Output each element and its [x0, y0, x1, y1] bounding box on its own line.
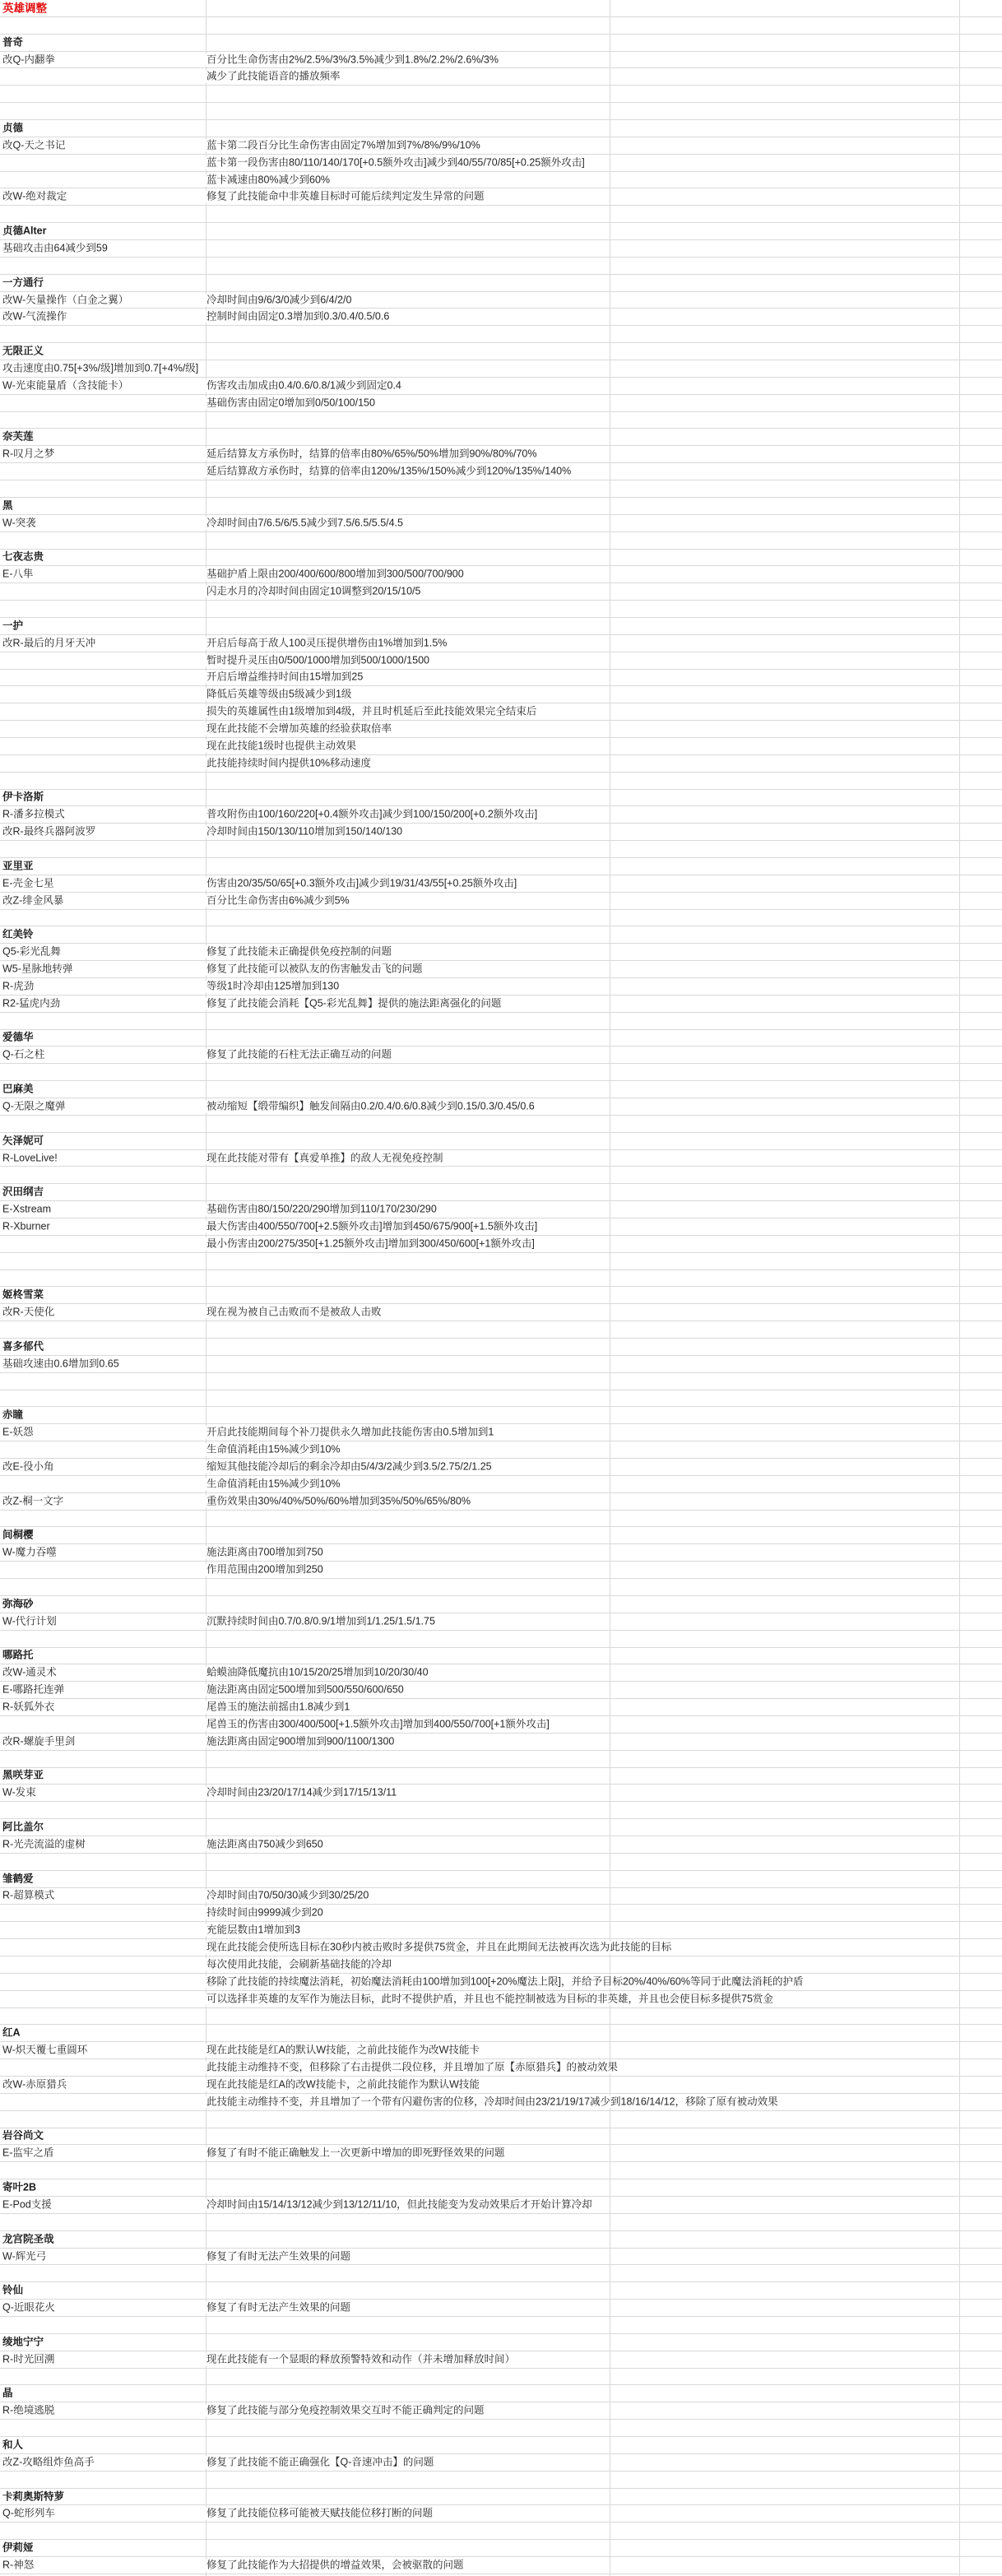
- table-row: W-代行计划沉默持续时间由0.7/0.8/0.9/1增加到1/1.25/1.5/…: [0, 1613, 1002, 1631]
- hero-name: 姬柊雪菜: [1, 1289, 46, 1302]
- hero-header-row: 哪路托: [0, 1648, 1002, 1665]
- hero-name: 普奇: [1, 36, 26, 49]
- hero-header-row: 雏鹤爱: [0, 1871, 1002, 1888]
- hero-name: 喜多郁代: [1, 1340, 46, 1353]
- skill-name: 改Z-攻略组炸鱼高手: [1, 2456, 97, 2468]
- table-row: 此技能持续时间内提供10%移动速度: [0, 755, 1002, 773]
- table-row: 充能层数由1增加到3: [0, 1922, 1002, 1939]
- change-description: 最小伤害由200/275/350[+1.25额外攻击]增加到300/450/60…: [205, 1237, 537, 1250]
- skill-name: Q-蛇形列车: [1, 2508, 58, 2520]
- table-row: W-炽天覆七重圆环现在此技能是红A的默认W技能，之前此技能作为改W技能卡: [0, 2042, 1002, 2059]
- hero-name: 间桐樱: [1, 1529, 36, 1542]
- table-row: 现在此技能会使所选目标在30秒内被击败时多提供75赏金，并且在此期间无法被再次选…: [0, 1939, 1002, 1956]
- change-description: 现在此技能是红A的默认W技能，之前此技能作为改W技能卡: [205, 2045, 482, 2057]
- skill-name: Q-无限之魔弹: [1, 1100, 67, 1112]
- hero-name: 黑咲芽亚: [1, 1770, 46, 1782]
- change-description: 现在此技能对带有【真爱单推】的敌人无视免疫控制: [205, 1152, 446, 1164]
- hero-header-row: 贞德Alter: [0, 223, 1002, 240]
- skill-name: 改W-绝对裁定: [1, 191, 69, 203]
- hero-header-row: 间桐樱: [0, 1527, 1002, 1544]
- skill-name: R-神怒: [1, 2559, 36, 2571]
- change-description: 沉默持续时间由0.7/0.8/0.9/1增加到1/1.25/1.5/1.75: [205, 1615, 438, 1627]
- change-description: 延后结算敌方承伤时，结算的倍率由120%/135%/150%减少到120%/13…: [205, 466, 573, 478]
- base-stat-change: 基础攻速由0.6增加到0.65: [1, 1358, 122, 1370]
- skill-name: R-叹月之梦: [1, 448, 57, 461]
- hero-name: 红A: [1, 2027, 23, 2040]
- change-description: 被动缩短【缎带编织】触发间隔由0.2/0.4/0.6/0.8减少到0.15/0.…: [205, 1100, 537, 1112]
- table-row: 减少了此技能语音的播放频率: [0, 68, 1002, 86]
- table-row: 改Z-攻略组炸鱼高手修复了此技能不能正确强化【Q-音速冲击】的问题: [0, 2454, 1002, 2472]
- change-description: 基础护盾上限由200/400/600/800增加到300/500/700/900: [205, 569, 466, 581]
- hero-header-row: 和人: [0, 2437, 1002, 2454]
- hero-header-row: 普奇: [0, 35, 1002, 52]
- change-description: 冷却时间由70/50/30减少到30/25/20: [205, 1890, 371, 1902]
- change-description: 闪走水月的冷却时间由固定10调整到20/15/10/5: [205, 586, 424, 598]
- hero-name: 和人: [1, 2439, 26, 2451]
- empty-row: [0, 1167, 1002, 1184]
- skill-name: W-炽天覆七重圆环: [1, 2045, 90, 2057]
- hero-name: 亚里亚: [1, 860, 36, 872]
- empty-row: [0, 773, 1002, 790]
- hero-name: 卡莉奥斯特萝: [1, 2490, 67, 2503]
- hero-header-row: 无限正义: [0, 343, 1002, 360]
- hero-name: 奈芙莲: [1, 431, 36, 443]
- hero-name: 寄叶2B: [1, 2182, 39, 2194]
- empty-row: [0, 1511, 1002, 1528]
- change-description: 此技能主动维持不变，并且增加了一个带有闪避伤害的位移，冷却时间由23/21/19…: [205, 2096, 781, 2108]
- hero-name: 弥海砂: [1, 1598, 36, 1610]
- empty-row: [0, 1373, 1002, 1390]
- empty-row: [0, 2214, 1002, 2231]
- change-description: 持续时间由9999减少到20: [205, 1907, 326, 1919]
- skill-name: W-辉光弓: [1, 2250, 49, 2263]
- hero-header-row: 赤瞳: [0, 1407, 1002, 1424]
- change-description: 修复了有时不能正确触发上一次更新中增加的即死野怪效果的问题: [205, 2147, 508, 2160]
- hero-header-row: 七夜志贵: [0, 550, 1002, 567]
- table-row: R-光壳流溢的虚树施法距离由750减少到650: [0, 1836, 1002, 1854]
- change-description: 现在此技能有一个显眼的释放预警特效和动作（并未增加释放时间）: [205, 2353, 517, 2365]
- change-description: 此技能持续时间内提供10%移动速度: [205, 757, 373, 769]
- change-description: 修复了此技能不能正确强化【Q-音速冲击】的问题: [205, 2456, 436, 2468]
- skill-name: E-监牢之盾: [1, 2147, 57, 2160]
- change-description: 施法距离由700增加到750: [205, 1547, 326, 1559]
- skill-name: W-突袭: [1, 517, 39, 529]
- skill-name: 改R-最后的月牙天冲: [1, 637, 98, 649]
- table-row: 闪走水月的冷却时间由固定10调整到20/15/10/5: [0, 583, 1002, 601]
- hero-name: 绫地宁宁: [1, 2336, 46, 2348]
- table-row: 基础攻击由64减少到59: [0, 240, 1002, 258]
- table-row: 作用范围由200增加到250: [0, 1562, 1002, 1579]
- change-description: 延后结算友方承伤时，结算的倍率由80%/65%/50%增加到90%/80%/70…: [205, 448, 540, 461]
- skill-name: 改R-螺旋手里剑: [1, 1735, 77, 1748]
- change-description: 施法距离由750减少到650: [205, 1838, 326, 1850]
- table-row: 改R-最后的月牙天冲开启后每高于敌人100灵压提供增伤由1%增加到1.5%: [0, 635, 1002, 652]
- hero-name: 巴麻美: [1, 1084, 36, 1096]
- skill-name: R-Xburner: [1, 1220, 53, 1232]
- change-description: 最大伤害由400/550/700[+2.5额外攻击]增加到450/675/900…: [205, 1220, 540, 1232]
- skill-name: R2-猛虎内劲: [1, 997, 63, 1010]
- sheet-rows: 英雄调整普奇改Q-内翻拳百分比生命伤害由2%/2.5%/3%/3.5%减少到1.…: [0, 0, 1002, 2576]
- change-description: 修复了此技能位移可能被天赋技能位移打断的问题: [205, 2508, 435, 2520]
- empty-row: [0, 86, 1002, 103]
- base-stat-change: 攻击速度由0.75[+3%/级]增加到0.7[+4%/级]: [1, 362, 201, 374]
- table-row: 每次使用此技能，会刷新基础技能的冷却: [0, 1956, 1002, 1974]
- empty-row: [0, 532, 1002, 550]
- empty-row: [0, 2111, 1002, 2128]
- hero-header-row: 沢田纲吉: [0, 1184, 1002, 1201]
- hero-header-row: 一护: [0, 618, 1002, 635]
- change-description: 现在此技能1级时也提供主动效果: [205, 740, 359, 752]
- table-row: Q-近眼花火修复了有时无法产生效果的问题: [0, 2300, 1002, 2317]
- hero-name: 雏鹤爱: [1, 1873, 36, 1885]
- change-description: 控制时间由固定0.3增加到0.3/0.4/0.5/0.6: [205, 311, 392, 323]
- change-description: 冷却时间由15/14/13/12减少到13/12/11/10，但此技能变为发动效…: [205, 2198, 595, 2211]
- hero-name: 七夜志贵: [1, 551, 46, 564]
- skill-name: E-八隼: [1, 569, 36, 581]
- hero-header-row: 龙宫院圣哉: [0, 2231, 1002, 2249]
- change-description: 开启后增益维持时间由15增加到25: [205, 671, 365, 684]
- hero-name: 阿比盖尔: [1, 1822, 46, 1834]
- change-description: 现在此技能是红A的改W技能卡，之前此技能作为默认W技能: [205, 2078, 482, 2091]
- table-row: Q-无限之魔弹被动缩短【缎带编织】触发间隔由0.2/0.4/0.6/0.8减少到…: [0, 1098, 1002, 1116]
- skill-name: R-绝境逃脱: [1, 2405, 57, 2417]
- skill-name: 改Q-内翻拳: [1, 53, 58, 66]
- hero-header-row: 喜多郁代: [0, 1339, 1002, 1356]
- change-description: 修复了此技能可以被队友的伤害触发击飞的问题: [205, 963, 425, 976]
- change-description: 等级1时冷却由125增加到130: [205, 980, 341, 992]
- change-description: 冷却时间由9/6/3/0减少到6/4/2/0: [205, 294, 354, 306]
- hero-name: 红美铃: [1, 929, 36, 941]
- table-row: Q-石之柱修复了此技能的石柱无法正确互动的问题: [0, 1047, 1002, 1064]
- skill-name: R-时光回溯: [1, 2353, 57, 2365]
- skill-name: R-妖狐外衣: [1, 1701, 57, 1714]
- table-row: 现在此技能不会增加英雄的经验获取倍率: [0, 721, 1002, 738]
- change-description: 基础伤害由80/150/220/290增加到110/170/230/290: [205, 1204, 439, 1216]
- skill-name: 改W-赤原猎兵: [1, 2078, 69, 2091]
- skill-name: Q-石之柱: [1, 1049, 47, 1061]
- table-row: 改Q-天之书记蓝卡第二段百分比生命伤害由固定7%增加到7%/8%/9%/10%: [0, 137, 1002, 155]
- empty-row: [0, 103, 1002, 120]
- hero-header-row: 矢泽妮可: [0, 1133, 1002, 1150]
- table-row: 改R-螺旋手里剑施法距离由固定900增加到900/1100/1300: [0, 1734, 1002, 1751]
- empty-row: [0, 2317, 1002, 2334]
- hero-name: 一方通行: [1, 276, 46, 289]
- hero-header-row: 弥海砂: [0, 1596, 1002, 1613]
- empty-row: [0, 1253, 1002, 1270]
- change-description: 移除了此技能的持续魔法消耗，初始魔法消耗由100增加到100[+20%魔法上限]…: [205, 1975, 805, 1988]
- change-description: 降低后英雄等级由5级减少到1级: [205, 689, 354, 701]
- change-description: 生命值消耗由15%减少到10%: [205, 1444, 343, 1456]
- change-description: 修复了此技能会消耗【Q5-彩光乱舞】提供的施法距离强化的问题: [205, 997, 503, 1010]
- change-description: 开启后每高于敌人100灵压提供增伤由1%增加到1.5%: [205, 637, 449, 649]
- empty-row: [0, 1579, 1002, 1596]
- skill-name: R-虎劲: [1, 980, 36, 992]
- hero-header-row: 寄叶2B: [0, 2179, 1002, 2197]
- table-row: 基础伤害由固定0增加到0/50/100/150: [0, 395, 1002, 412]
- change-description: 尾兽玉的施法前摇由1.8减少到1: [205, 1701, 352, 1714]
- hero-header-row: 晶: [0, 2385, 1002, 2402]
- table-row: 此技能主动维持不变，并且增加了一个带有闪避伤害的位移，冷却时间由23/21/19…: [0, 2094, 1002, 2111]
- table-row: W-魔力吞噬施法距离由700增加到750: [0, 1544, 1002, 1562]
- skill-name: W-光束能量盾（含技能卡）: [1, 379, 131, 392]
- skill-name: 改R-天使化: [1, 1307, 57, 1319]
- change-description: 蓝卡减速由80%减少到60%: [205, 174, 332, 186]
- empty-row: [0, 601, 1002, 618]
- hero-name: 贞德: [1, 122, 26, 134]
- table-row: R-神怒修复了此技能作为大招提供的增益效果，会被驱散的问题: [0, 2557, 1002, 2574]
- hero-name: 龙宫院圣哉: [1, 2233, 57, 2245]
- table-row: W5-星脉地转弹修复了此技能可以被队友的伤害触发击飞的问题: [0, 961, 1002, 978]
- table-row: R-LoveLive!现在此技能对带有【真爱单推】的敌人无视免疫控制: [0, 1150, 1002, 1167]
- table-row: E-监牢之盾修复了有时不能正确触发上一次更新中增加的即死野怪效果的问题: [0, 2145, 1002, 2162]
- hero-name: 岩谷尚文: [1, 2130, 46, 2142]
- empty-row: [0, 1270, 1002, 1288]
- table-row: 蓝卡第一段伤害由80/110/140/170[+0.5额外攻击]减少到40/55…: [0, 155, 1002, 172]
- change-description: 蓝卡第二段百分比生命伤害由固定7%增加到7%/8%/9%/10%: [205, 139, 483, 151]
- change-description: 现在视为被自己击败而不是被敌人击败: [205, 1307, 384, 1319]
- table-row: R-虎劲等级1时冷却由125增加到130: [0, 978, 1002, 996]
- hero-header-row: 巴麻美: [0, 1081, 1002, 1098]
- hero-name: 晶: [1, 2388, 16, 2400]
- change-description: 蛤蟆油降低魔抗由10/15/20/25增加到10/20/30/40: [205, 1667, 431, 1679]
- change-description: 伤害攻击加成由0.4/0.6/0.8/1减少到固定0.4: [205, 379, 404, 392]
- skill-name: W-代行计划: [1, 1615, 59, 1627]
- hero-name: 铃仙: [1, 2285, 26, 2297]
- empty-row: [0, 258, 1002, 275]
- change-description: 普攻附伤由100/160/220[+0.4额外攻击]减少到100/150/200…: [205, 809, 540, 821]
- hero-name: 伊卡洛斯: [1, 791, 46, 804]
- skill-name: 改W-矢量操作（白金之翼）: [1, 294, 131, 306]
- hero-name: 哪路托: [1, 1650, 36, 1662]
- table-row: 改Z-绯金风暴百分比生命伤害由6%减少到5%: [0, 893, 1002, 910]
- change-description: 修复了有时无法产生效果的问题: [205, 2302, 353, 2314]
- skill-name: Q5-彩光乱舞: [1, 946, 63, 958]
- table-row: 尾兽玉的伤害由300/400/500[+1.5额外攻击]增加到400/550/7…: [0, 1716, 1002, 1734]
- hero-name: 沢田纲吉: [1, 1186, 46, 1199]
- change-description: 生命值消耗由15%减少到10%: [205, 1478, 343, 1490]
- change-description: 损失的英雄属性由1级增加到4级，并且时机延后至此技能效果完全结束后: [205, 706, 539, 718]
- empty-row: [0, 1854, 1002, 1871]
- skill-name: R-LoveLive!: [1, 1152, 60, 1164]
- table-row: E-Xstream基础伤害由80/150/220/290增加到110/170/2…: [0, 1201, 1002, 1218]
- change-description: 冷却时间由150/130/110增加到150/140/130: [205, 826, 405, 838]
- table-row: 改E-役小角缩短其他技能冷却后的剩余冷却由5/4/3/2减少到3.5/2.75/…: [0, 1459, 1002, 1476]
- change-description: 暂时提升灵压由0/500/1000增加到500/1000/1500: [205, 654, 432, 666]
- change-description: 冷却时间由7/6.5/6/5.5减少到7.5/6.5/5.5/4.5: [205, 517, 406, 529]
- table-row: 可以选择非英雄的友军作为施法目标，此时不提供护盾，并且也不能控制被选为目标的非英…: [0, 1991, 1002, 2008]
- empty-row: [0, 2008, 1002, 2026]
- empty-row: [0, 1751, 1002, 1768]
- change-description: 现在此技能不会增加英雄的经验获取倍率: [205, 723, 394, 736]
- hero-header-row: 卡莉奥斯特萝: [0, 2489, 1002, 2506]
- table-row: 现在此技能1级时也提供主动效果: [0, 738, 1002, 755]
- table-row: 改Z-桐一文字重伤效果由30%/40%/50%/60%增加到35%/50%/65…: [0, 1493, 1002, 1511]
- hero-name: 爱德华: [1, 1032, 36, 1044]
- hero-header-row: 铃仙: [0, 2282, 1002, 2300]
- empty-row: [0, 1064, 1002, 1081]
- skill-name: 改R-最终兵器阿波罗: [1, 826, 98, 838]
- change-description: 现在此技能会使所选目标在30秒内被击败时多提供75赏金，并且在此期间无法被再次选…: [205, 1942, 674, 1954]
- empty-row: [0, 2420, 1002, 2437]
- hero-name: 伊莉娅: [1, 2542, 36, 2555]
- base-stat-change: 基础攻击由64减少到59: [1, 242, 110, 254]
- change-description: 每次使用此技能，会刷新基础技能的冷却: [205, 1958, 394, 1970]
- skill-name: 改Z-桐一文字: [1, 1495, 66, 1507]
- table-row: R-叹月之梦延后结算友方承伤时，结算的倍率由80%/65%/50%增加到90%/…: [0, 446, 1002, 463]
- empty-row: [0, 2472, 1002, 2489]
- change-description: 重伤效果由30%/40%/50%/60%增加到35%/50%/65%/80%: [205, 1495, 473, 1507]
- table-row: W-辉光弓修复了有时无法产生效果的问题: [0, 2249, 1002, 2266]
- skill-name: W-魔力吞噬: [1, 1547, 59, 1559]
- hero-header-row: 红A: [0, 2025, 1002, 2042]
- table-row: R-超算模式冷却时间由70/50/30减少到30/25/20: [0, 1888, 1002, 1905]
- table-row: 攻击速度由0.75[+3%/级]增加到0.7[+4%/级]: [0, 360, 1002, 378]
- skill-name: 改E-役小角: [1, 1460, 57, 1473]
- table-row: R-时光回溯现在此技能有一个显眼的释放预警特效和动作（并未增加释放时间）: [0, 2351, 1002, 2369]
- empty-row: [0, 326, 1002, 343]
- hero-name: 黑: [1, 499, 16, 512]
- table-row: 改W-绝对裁定修复了此技能命中非英雄目标时可能后续判定发生异常的问题: [0, 188, 1002, 206]
- hero-header-row: 红美铃: [0, 926, 1002, 944]
- table-row: 基础攻速由0.6增加到0.65: [0, 1356, 1002, 1373]
- table-row: E-妖怨开启此技能期间每个补刀提供永久增加此技能伤害由0.5增加到1: [0, 1424, 1002, 1441]
- empty-row: [0, 2162, 1002, 2179]
- change-description: 减少了此技能语音的播放频率: [205, 71, 343, 83]
- table-row: 延后结算敌方承伤时，结算的倍率由120%/135%/150%减少到120%/13…: [0, 463, 1002, 480]
- skill-name: E-妖怨: [1, 1427, 36, 1439]
- hero-header-row: 岩谷尚文: [0, 2128, 1002, 2146]
- change-description: 修复了此技能命中非英雄目标时可能后续判定发生异常的问题: [205, 191, 487, 203]
- hero-name: 矢泽妮可: [1, 1135, 46, 1147]
- empty-row: [0, 17, 1002, 35]
- table-row: 降低后英雄等级由5级减少到1级: [0, 686, 1002, 703]
- table-row: R-妖狐外衣尾兽玉的施法前摇由1.8减少到1: [0, 1699, 1002, 1716]
- change-description: 修复了此技能的石柱无法正确互动的问题: [205, 1049, 394, 1061]
- skill-name: R-潘多拉模式: [1, 809, 67, 821]
- table-row: 最小伤害由200/275/350[+1.25额外攻击]增加到300/450/60…: [0, 1236, 1002, 1253]
- table-row: W-发束冷却时间由23/20/17/14减少到17/15/13/11: [0, 1785, 1002, 1802]
- skill-name: E-Xstream: [1, 1204, 53, 1216]
- hero-name: 贞德Alter: [1, 225, 49, 238]
- change-description: 尾兽玉的伤害由300/400/500[+1.5额外攻击]增加到400/550/7…: [205, 1718, 552, 1730]
- empty-row: [0, 1631, 1002, 1648]
- hero-header-row: 亚里亚: [0, 858, 1002, 875]
- empty-row: [0, 480, 1002, 498]
- empty-row: [0, 206, 1002, 223]
- hero-header-row: 爱德华: [0, 1030, 1002, 1047]
- skill-name: 改W-气流操作: [1, 311, 69, 323]
- skill-name: R-超算模式: [1, 1890, 57, 1902]
- empty-row: [0, 841, 1002, 858]
- hero-header-row: 黑咲芽亚: [0, 1768, 1002, 1785]
- change-description: 修复了此技能未正确提供免疫控制的问题: [205, 946, 394, 958]
- table-row: W-突袭冷却时间由7/6.5/6/5.5减少到7.5/6.5/5.5/4.5: [0, 515, 1002, 532]
- hero-name: 赤瞳: [1, 1409, 26, 1422]
- change-description: 百分比生命伤害由2%/2.5%/3%/3.5%减少到1.8%/2.2%/2.6%…: [205, 53, 501, 66]
- table-row: R-Xburner最大伤害由400/550/700[+2.5额外攻击]增加到45…: [0, 1218, 1002, 1236]
- patch-notes-sheet: 英雄调整普奇改Q-内翻拳百分比生命伤害由2%/2.5%/3%/3.5%减少到1.…: [0, 0, 1002, 2576]
- change-description: 冷却时间由23/20/17/14减少到17/15/13/11: [205, 1787, 399, 1799]
- sheet-title: 英雄调整: [1, 2, 49, 14]
- change-description: 此技能主动维持不变，但移除了右击提供二段位移，并且增加了原【赤原猎兵】的被动效果: [205, 2062, 620, 2074]
- change-description: 蓝卡第一段伤害由80/110/140/170[+0.5额外攻击]减少到40/55…: [205, 156, 587, 169]
- table-row: 改R-最终兵器阿波罗冷却时间由150/130/110增加到150/140/130: [0, 824, 1002, 841]
- change-description: 基础伤害由固定0增加到0/50/100/150: [205, 397, 378, 409]
- hero-header-row: 绫地宁宁: [0, 2334, 1002, 2351]
- table-row: 改W-气流操作控制时间由固定0.3增加到0.3/0.4/0.5/0.6: [0, 309, 1002, 326]
- table-row: W-光束能量盾（含技能卡）伤害攻击加成由0.4/0.6/0.8/1减少到固定0.…: [0, 378, 1002, 395]
- table-row: Q5-彩光乱舞修复了此技能未正确提供免疫控制的问题: [0, 944, 1002, 961]
- change-description: 修复了有时无法产生效果的问题: [205, 2250, 353, 2263]
- empty-row: [0, 2523, 1002, 2540]
- table-row: 暂时提升灵压由0/500/1000增加到500/1000/1500: [0, 652, 1002, 670]
- skill-name: 改W-通灵术: [1, 1667, 59, 1679]
- table-row: 改W-通灵术蛤蟆油降低魔抗由10/15/20/25增加到10/20/30/40: [0, 1664, 1002, 1682]
- table-row: Q-蛇形列车修复了此技能位移可能被天赋技能位移打断的问题: [0, 2505, 1002, 2523]
- change-description: 作用范围由200增加到250: [205, 1564, 326, 1576]
- skill-name: E-Pod支援: [1, 2198, 54, 2211]
- change-description: 施法距离由固定500增加到500/550/600/650: [205, 1684, 406, 1696]
- skill-name: W-发束: [1, 1787, 39, 1799]
- change-description: 伤害由20/35/50/65[+0.3额外攻击]减少到19/31/43/55[+…: [205, 877, 519, 889]
- table-row: R-绝境逃脱修复了此技能与部分免疫控制效果交互时不能正确判定的问题: [0, 2402, 1002, 2420]
- empty-row: [0, 2265, 1002, 2282]
- table-row: 改Q-内翻拳百分比生命伤害由2%/2.5%/3%/3.5%减少到1.8%/2.2…: [0, 52, 1002, 69]
- empty-row: [0, 910, 1002, 927]
- change-description: 修复了此技能与部分免疫控制效果交互时不能正确判定的问题: [205, 2405, 487, 2417]
- empty-row: [0, 1390, 1002, 1408]
- empty-row: [0, 1321, 1002, 1339]
- empty-row: [0, 1116, 1002, 1133]
- change-description: 缩短其他技能冷却后的剩余冷却由5/4/3/2减少到3.5/2.75/2/1.25: [205, 1460, 494, 1473]
- table-row: 生命值消耗由15%减少到10%: [0, 1476, 1002, 1493]
- hero-header-row: 伊莉娅: [0, 2540, 1002, 2557]
- table-row: E-八隼基础护盾上限由200/400/600/800增加到300/500/700…: [0, 566, 1002, 583]
- table-row: 改R-天使化现在视为被自己击败而不是被敌人击败: [0, 1304, 1002, 1321]
- table-row: 生命值消耗由15%减少到10%: [0, 1441, 1002, 1459]
- change-description: 充能层数由1增加到3: [205, 1924, 303, 1937]
- table-row: E-壳金七星伤害由20/35/50/65[+0.3额外攻击]减少到19/31/4…: [0, 875, 1002, 893]
- table-row: 蓝卡减速由80%减少到60%: [0, 172, 1002, 189]
- skill-name: E-壳金七星: [1, 877, 57, 889]
- change-description: 百分比生命伤害由6%减少到5%: [205, 894, 352, 907]
- change-description: 修复了此技能作为大招提供的增益效果，会被驱散的问题: [205, 2559, 466, 2571]
- table-row: 改W-矢量操作（白金之翼）冷却时间由9/6/3/0减少到6/4/2/0: [0, 292, 1002, 309]
- skill-name: Q-近眼花火: [1, 2302, 58, 2314]
- hero-header-row: 阿比盖尔: [0, 1819, 1002, 1836]
- hero-header-row: 贞德: [0, 120, 1002, 137]
- change-description: 开启此技能期间每个补刀提供永久增加此技能伤害由0.5增加到1: [205, 1427, 496, 1439]
- skill-name: E-哪路托连弹: [1, 1684, 67, 1696]
- hero-name: 一护: [1, 620, 26, 632]
- skill-name: W5-星脉地转弹: [1, 963, 75, 976]
- empty-row: [0, 1013, 1002, 1030]
- table-row: 此技能主动维持不变，但移除了右击提供二段位移，并且增加了原【赤原猎兵】的被动效果: [0, 2059, 1002, 2077]
- table-row: 开启后增益维持时间由15增加到25: [0, 670, 1002, 687]
- empty-row: [0, 412, 1002, 429]
- change-description: 施法距离由固定900增加到900/1100/1300: [205, 1735, 397, 1748]
- skill-name: R-光壳流溢的虚树: [1, 1838, 88, 1850]
- change-description: 可以选择非英雄的友军作为施法目标，此时不提供护盾，并且也不能控制被选为目标的非英…: [205, 1993, 776, 2005]
- hero-header-row: 一方通行: [0, 275, 1002, 292]
- table-row: E-哪路托连弹施法距离由固定500增加到500/550/600/650: [0, 1682, 1002, 1699]
- skill-name: 改Z-绯金风暴: [1, 894, 66, 907]
- table-row: E-Pod支援冷却时间由15/14/13/12减少到13/12/11/10，但此…: [0, 2197, 1002, 2214]
- hero-name: 无限正义: [1, 346, 46, 358]
- table-row: 损失的英雄属性由1级增加到4级，并且时机延后至此技能效果完全结束后: [0, 703, 1002, 721]
- table-row: 持续时间由9999减少到20: [0, 1905, 1002, 1922]
- table-row: 改W-赤原猎兵现在此技能是红A的改W技能卡，之前此技能作为默认W技能: [0, 2077, 1002, 2094]
